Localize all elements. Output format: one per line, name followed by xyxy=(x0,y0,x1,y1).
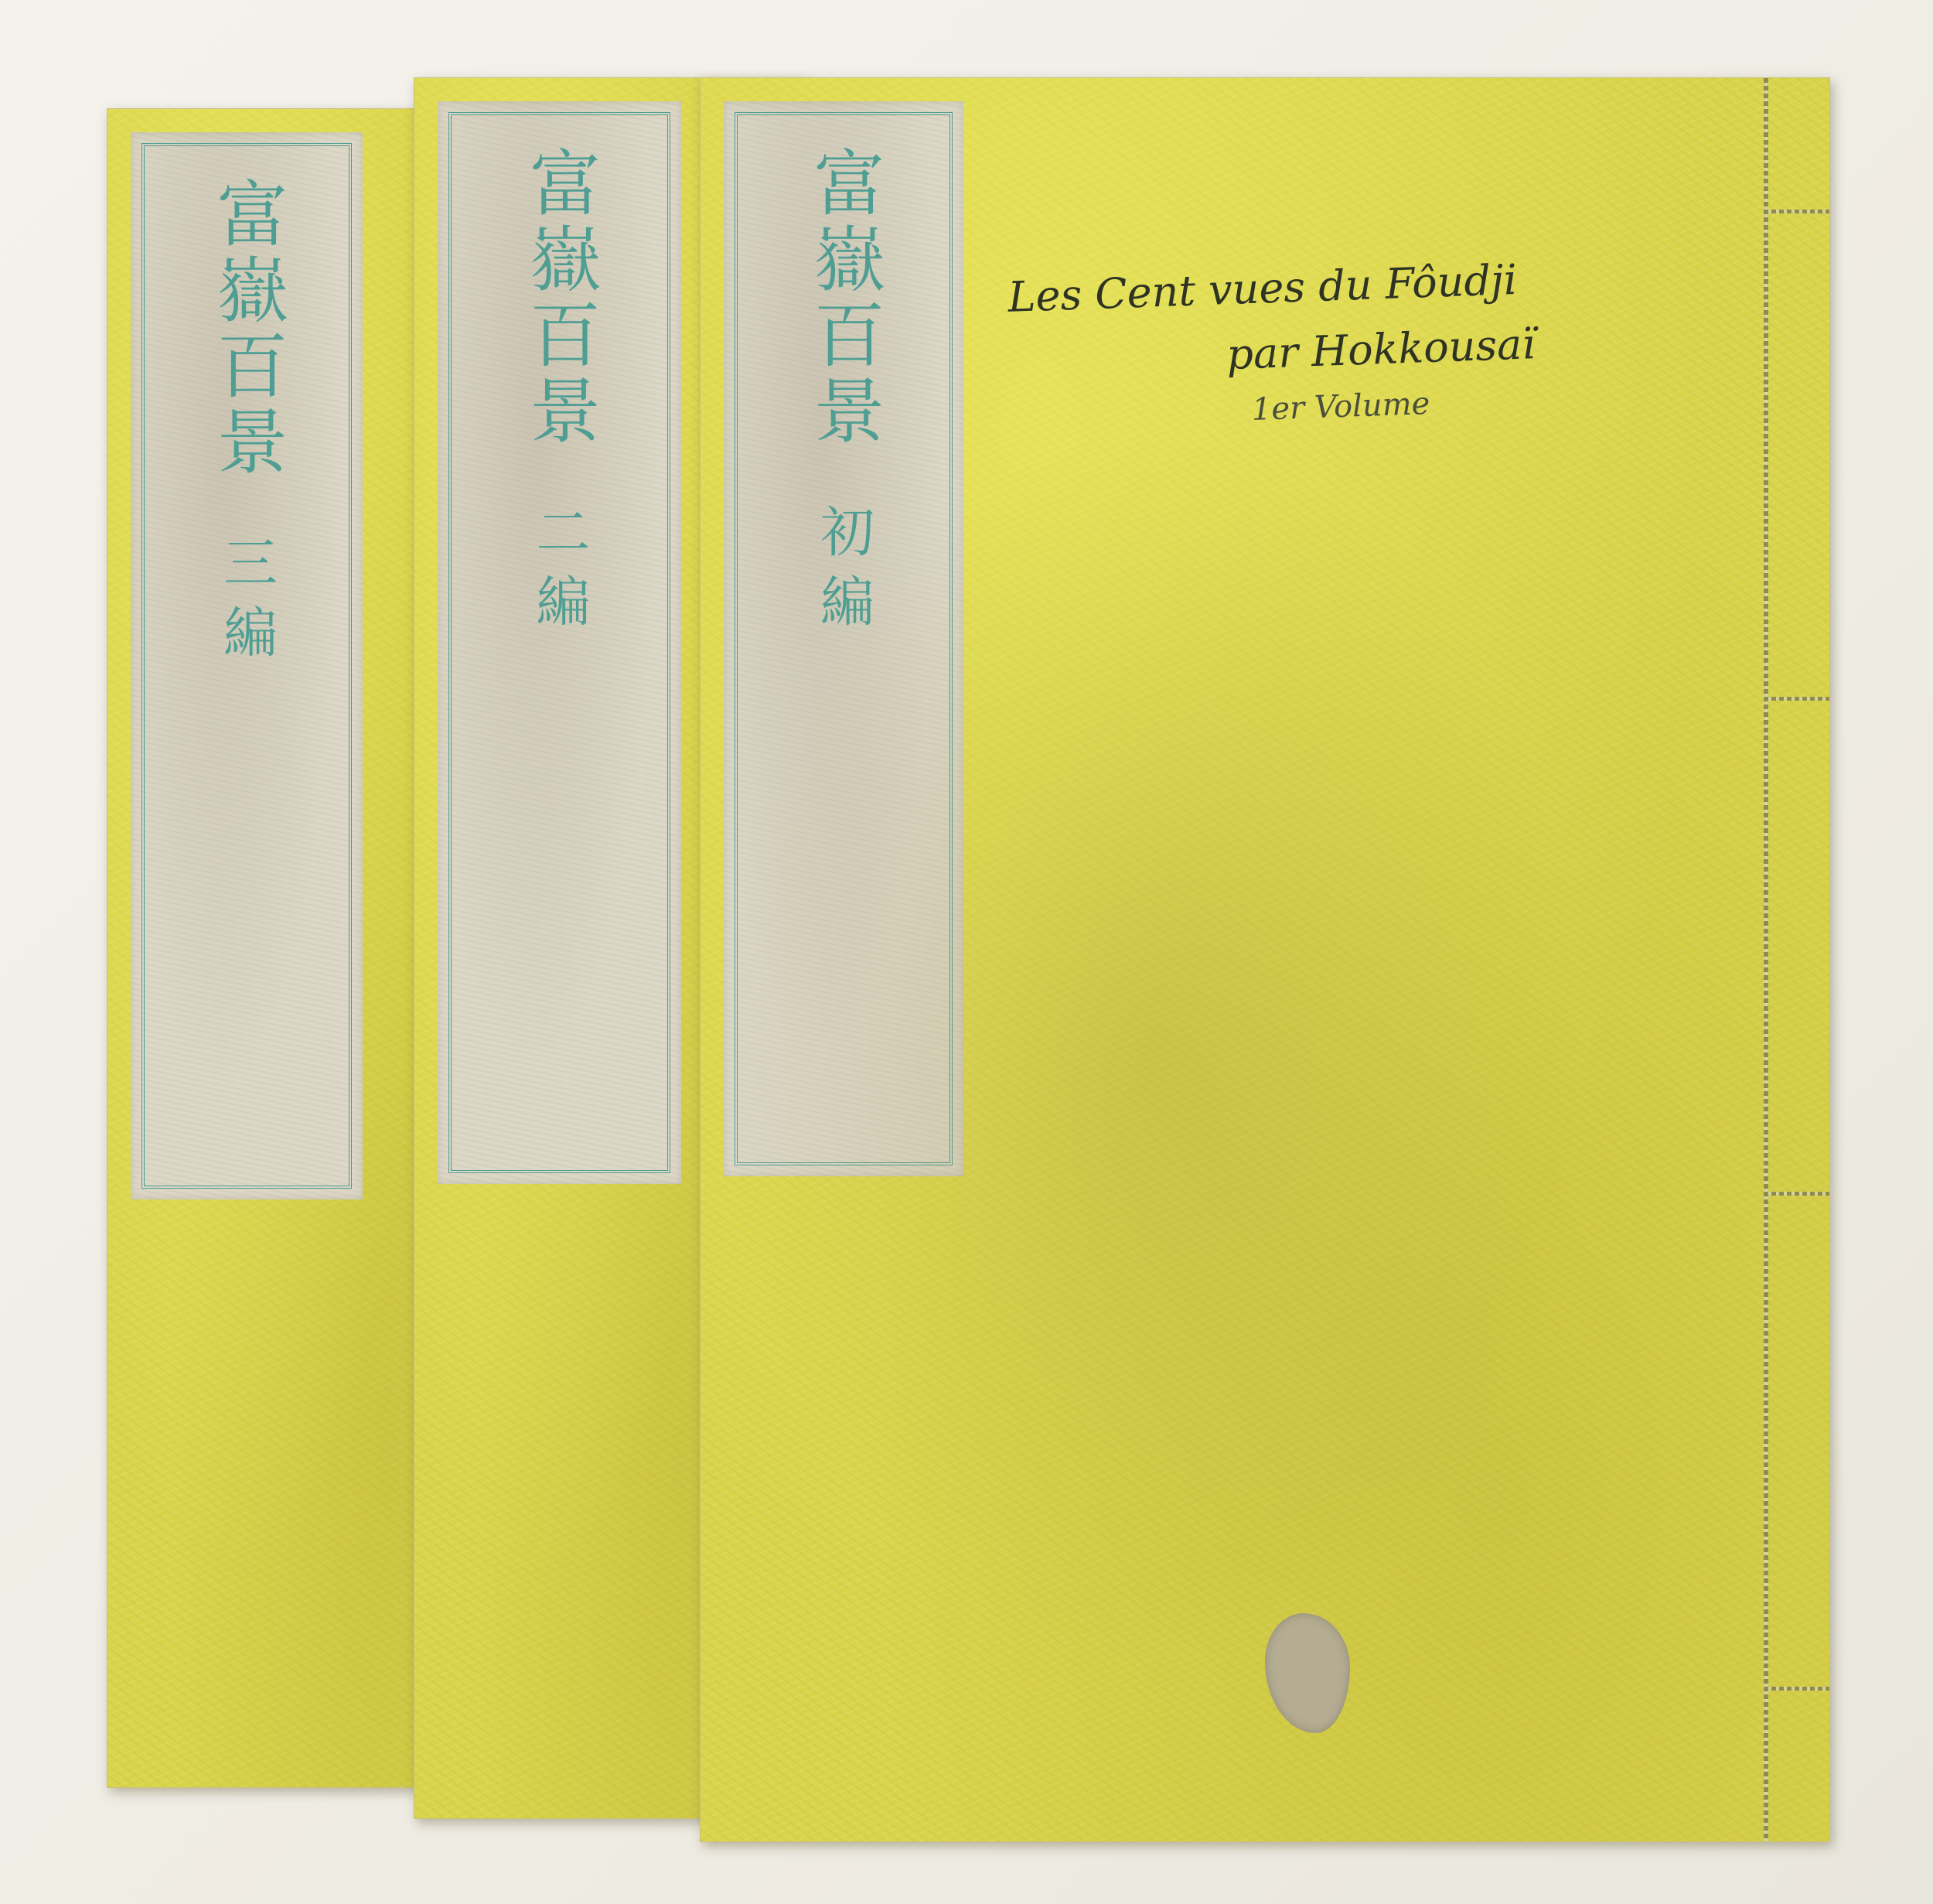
label-volume: 初編 xyxy=(805,503,883,643)
binding-tie xyxy=(1764,210,1829,213)
label-frame: 富嶽百景 初編 xyxy=(735,112,953,1165)
label-volume: 三編 xyxy=(208,534,286,674)
worn-patch xyxy=(1265,1613,1350,1733)
title-label: 富嶽百景 初編 xyxy=(724,101,963,1176)
label-title: 富嶽百景 xyxy=(203,177,291,480)
label-volume: 二編 xyxy=(520,503,598,643)
binding-thread xyxy=(1764,78,1768,1841)
label-frame: 富嶽百景 二編 xyxy=(448,112,670,1173)
photo-scene: 富嶽百景 三編 富嶽百景 二編 富嶽百景 初編 Les Cent vues du… xyxy=(0,0,1933,1904)
binding-tie xyxy=(1764,1687,1829,1691)
label-frame: 富嶽百景 三編 xyxy=(141,143,352,1189)
label-title: 富嶽百景 xyxy=(515,146,604,449)
title-label: 富嶽百景 二編 xyxy=(438,101,681,1184)
title-label: 富嶽百景 三編 xyxy=(131,132,363,1199)
book-volume-1: 富嶽百景 初編 Les Cent vues du Fôudji par Hokk… xyxy=(700,77,1830,1842)
binding-tie xyxy=(1764,1192,1829,1196)
handwritten-inscription: Les Cent vues du Fôudji par Hokkousaï 1e… xyxy=(1007,247,1538,442)
binding-tie xyxy=(1764,697,1829,701)
label-title: 富嶽百景 xyxy=(799,146,888,449)
